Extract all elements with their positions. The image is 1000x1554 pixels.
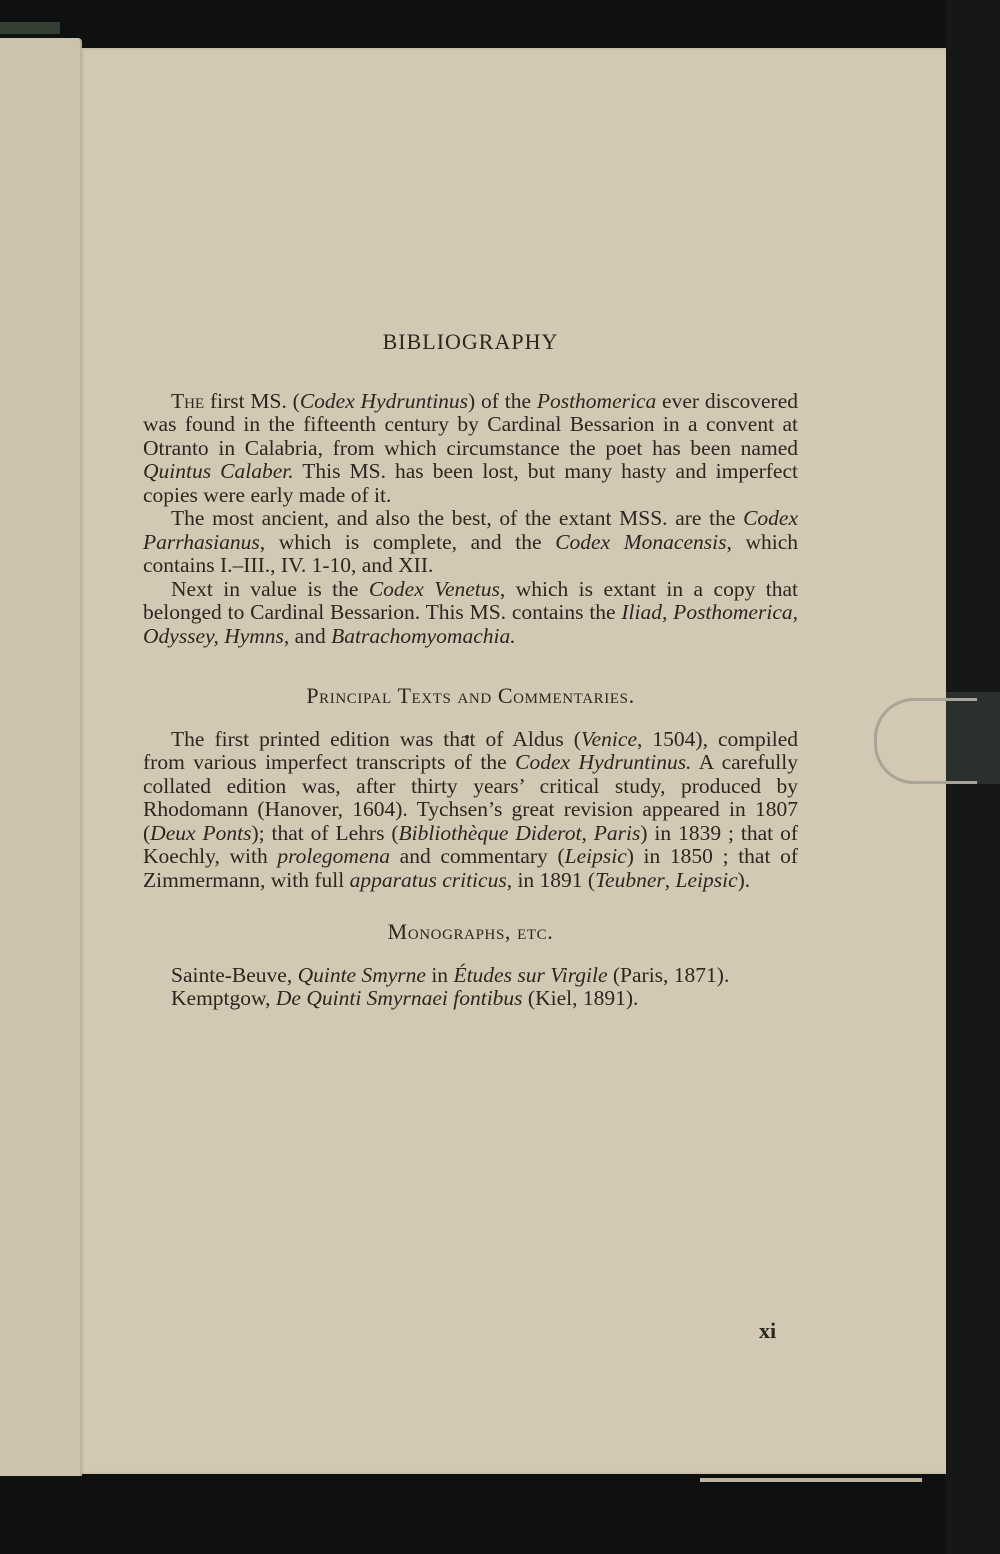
page-title: BIBLIOGRAPHY xyxy=(143,330,798,354)
intro-paragraph-2: The most ancient, and also the best, of … xyxy=(143,507,798,578)
monograph-entry: Kemptgow, De Quinti Smyrnaei fontibus (K… xyxy=(143,987,798,1011)
intro-section: The first MS. (Codex Hydruntinus) of the… xyxy=(143,390,798,649)
paperclip-icon xyxy=(874,698,977,784)
intro-paragraph-1: The first MS. (Codex Hydruntinus) of the… xyxy=(143,390,798,508)
page-content: BIBLIOGRAPHY The first MS. (Codex Hydrun… xyxy=(143,330,798,1011)
section-heading-principal-texts: Principal Texts and Commentaries. xyxy=(143,684,798,708)
intro-paragraph-3: Next in value is the Codex Venetus, whic… xyxy=(143,578,798,649)
page-number: xi xyxy=(759,1318,776,1344)
section-heading-monographs: Monographs, etc. xyxy=(143,920,798,944)
ornament-dot xyxy=(465,735,469,739)
left-page-edge xyxy=(0,38,82,1476)
principal-texts-paragraph: The first printed edition was that of Al… xyxy=(143,728,798,893)
page-bottom-edge xyxy=(700,1478,922,1482)
monograph-entry: Sainte-Beuve, Quinte Smyrne in Études su… xyxy=(143,964,798,988)
book-spine-edge xyxy=(0,22,60,34)
